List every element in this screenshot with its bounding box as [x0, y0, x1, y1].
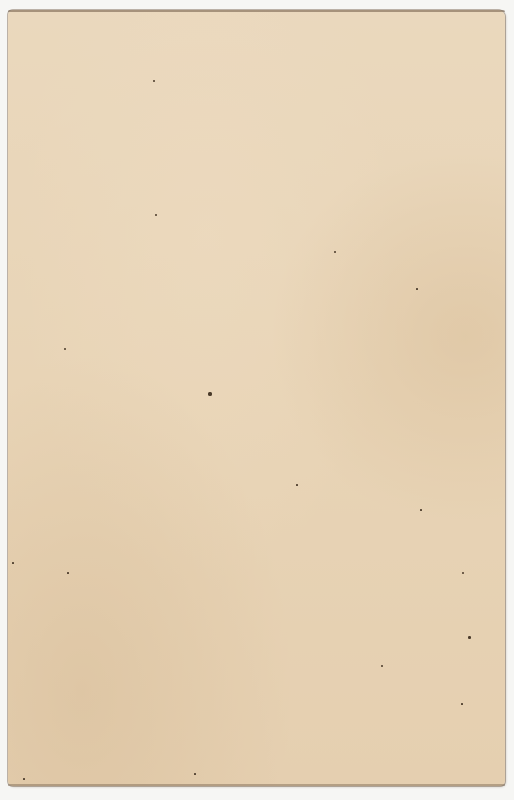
speck	[296, 484, 298, 486]
card-top-edge	[8, 10, 505, 12]
speck	[416, 288, 418, 290]
speck	[462, 572, 464, 574]
speck	[381, 665, 383, 667]
blank-card	[8, 10, 505, 786]
speck	[12, 562, 14, 564]
speck	[153, 80, 155, 82]
speck	[67, 572, 69, 574]
speck	[468, 636, 471, 639]
speck	[155, 214, 157, 216]
speck	[64, 348, 66, 350]
photo-scene	[0, 0, 514, 800]
speck	[208, 392, 212, 396]
speck	[334, 251, 336, 253]
speck	[420, 509, 422, 511]
card-bottom-edge	[8, 784, 505, 786]
speck	[23, 778, 25, 780]
speck	[461, 703, 463, 705]
speck	[194, 773, 196, 775]
